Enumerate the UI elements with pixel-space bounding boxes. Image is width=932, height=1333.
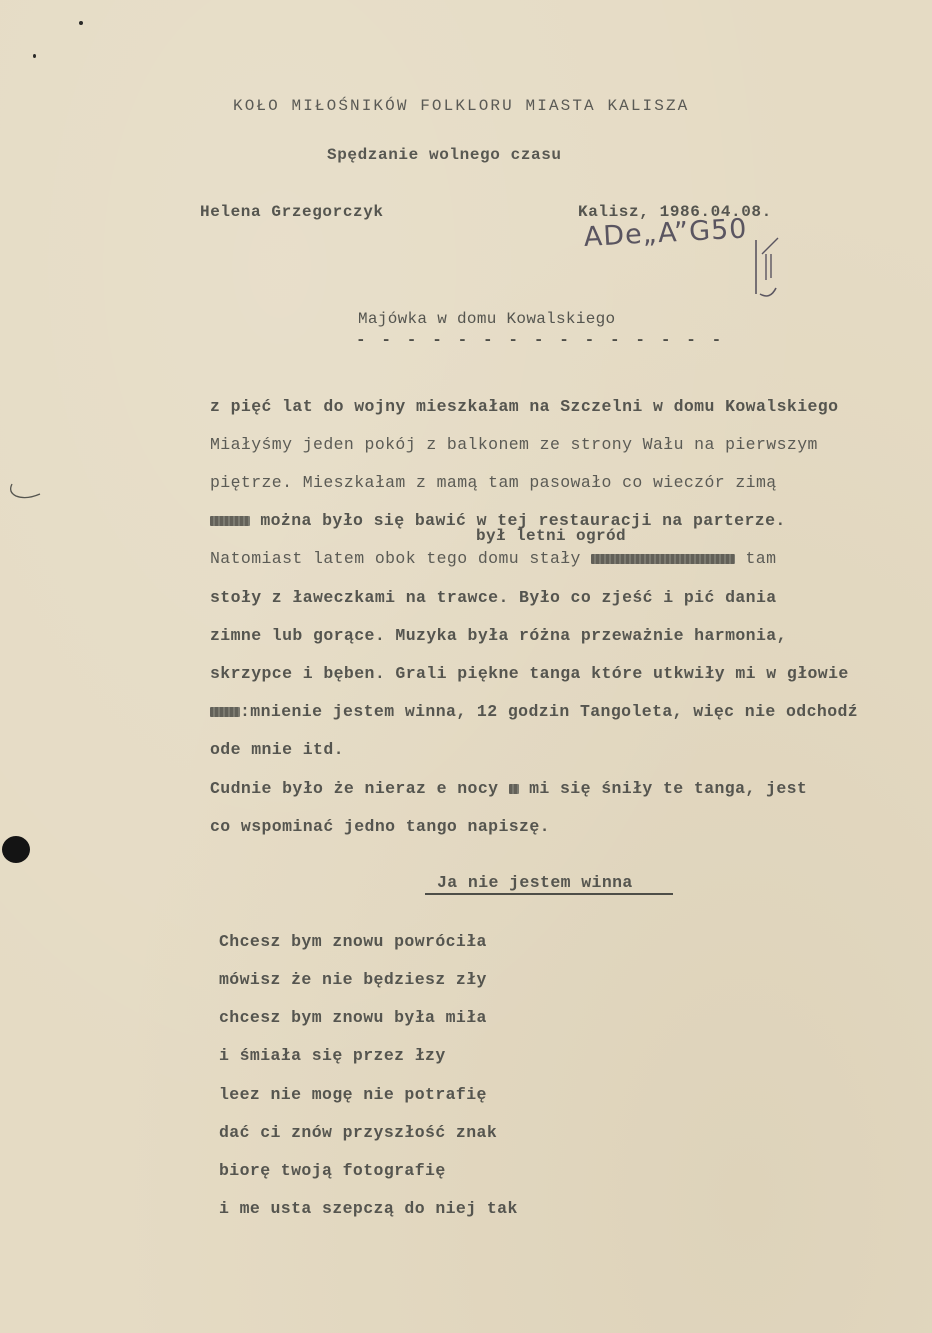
song-verse-7: biorę twoją fotografię [219,1161,446,1180]
interlinear-insertion: był letni ogród [476,527,626,545]
struck-out-text: xxxx [210,516,250,526]
paragraph-line-9-text: :mnienie jestem winna, 12 godzin Tangole… [240,702,858,721]
paper-speck [79,21,83,25]
song-verse-4: i śmiała się przez łzy [219,1046,446,1065]
song-title: Ja nie jestem winna [437,873,633,892]
paragraph-line-5: Natomiast latem obok tego domu stały xxx… [210,549,776,568]
margin-pencil-mark-icon [6,480,46,510]
paragraph-line-7: zimne lub gorące. Muzyka była różna prze… [210,626,787,645]
punch-hole [2,836,30,863]
paragraph-line-11: Cudnie było że nieraz e nocy x mi się śn… [210,779,807,798]
paragraph-line-12: co wspominać jedno tango napiszę. [210,817,550,836]
story-title: Majówka w domu Kowalskiego [358,310,615,328]
song-verse-2: mówisz że nie będziesz zły [219,970,487,989]
organization-header: KOŁO MIŁOŚNIKÓW FOLKLORU MIASTA KALISZA [233,97,689,115]
paragraph-line-11-text: Cudnie było że nieraz e nocy [210,779,498,798]
paragraph-line-9: odk:mnienie jestem winna, 12 godzin Tang… [210,702,858,721]
typewritten-page: KOŁO MIŁOŚNIKÓW FOLKLORU MIASTA KALISZA … [0,0,932,1333]
struck-out-text: odk [210,707,240,717]
paragraph-line-1: z pięć lat do wojny mieszkałam na Szczel… [210,397,838,416]
struck-out-text: xxxxxxxxxxxxxxx [591,554,735,564]
title-dash-underline: - - - - - - - - - - - - - - - [356,331,724,349]
song-verse-3: chcesz bym znowu była miła [219,1008,487,1027]
document-subtitle: Spędzanie wolnego czasu [327,146,562,164]
song-title-underline [425,893,673,895]
struck-out-text: x [509,784,519,794]
song-verse-6: dać ci znów przyszłość znak [219,1123,497,1142]
song-verse-8: i me usta szepczą do niej tak [219,1199,518,1218]
paragraph-line-11-end: mi się śniły te tanga, jest [529,779,807,798]
author-name: Helena Grzegorczyk [200,203,384,221]
paragraph-line-3: piętrze. Mieszkałam z mamą tam pasowało … [210,473,777,492]
paragraph-line-5-text: Natomiast latem obok tego domu stały [210,549,581,568]
archive-mark-handwritten-icon [748,232,788,302]
song-verse-1: Chcesz bym znowu powróciła [219,932,487,951]
song-verse-5: leez nie mogę nie potrafię [219,1085,487,1104]
paper-speck [33,54,36,58]
paragraph-line-5-end: tam [745,549,776,568]
paragraph-line-8: skrzypce i bęben. Grali piękne tanga któ… [210,664,849,683]
paragraph-line-2: Miałyśmy jeden pokój z balkonem ze stron… [210,435,818,454]
paragraph-line-10: ode mnie itd. [210,740,344,759]
paragraph-line-6: stoły z ławeczkami na trawce. Było co zj… [210,588,777,607]
